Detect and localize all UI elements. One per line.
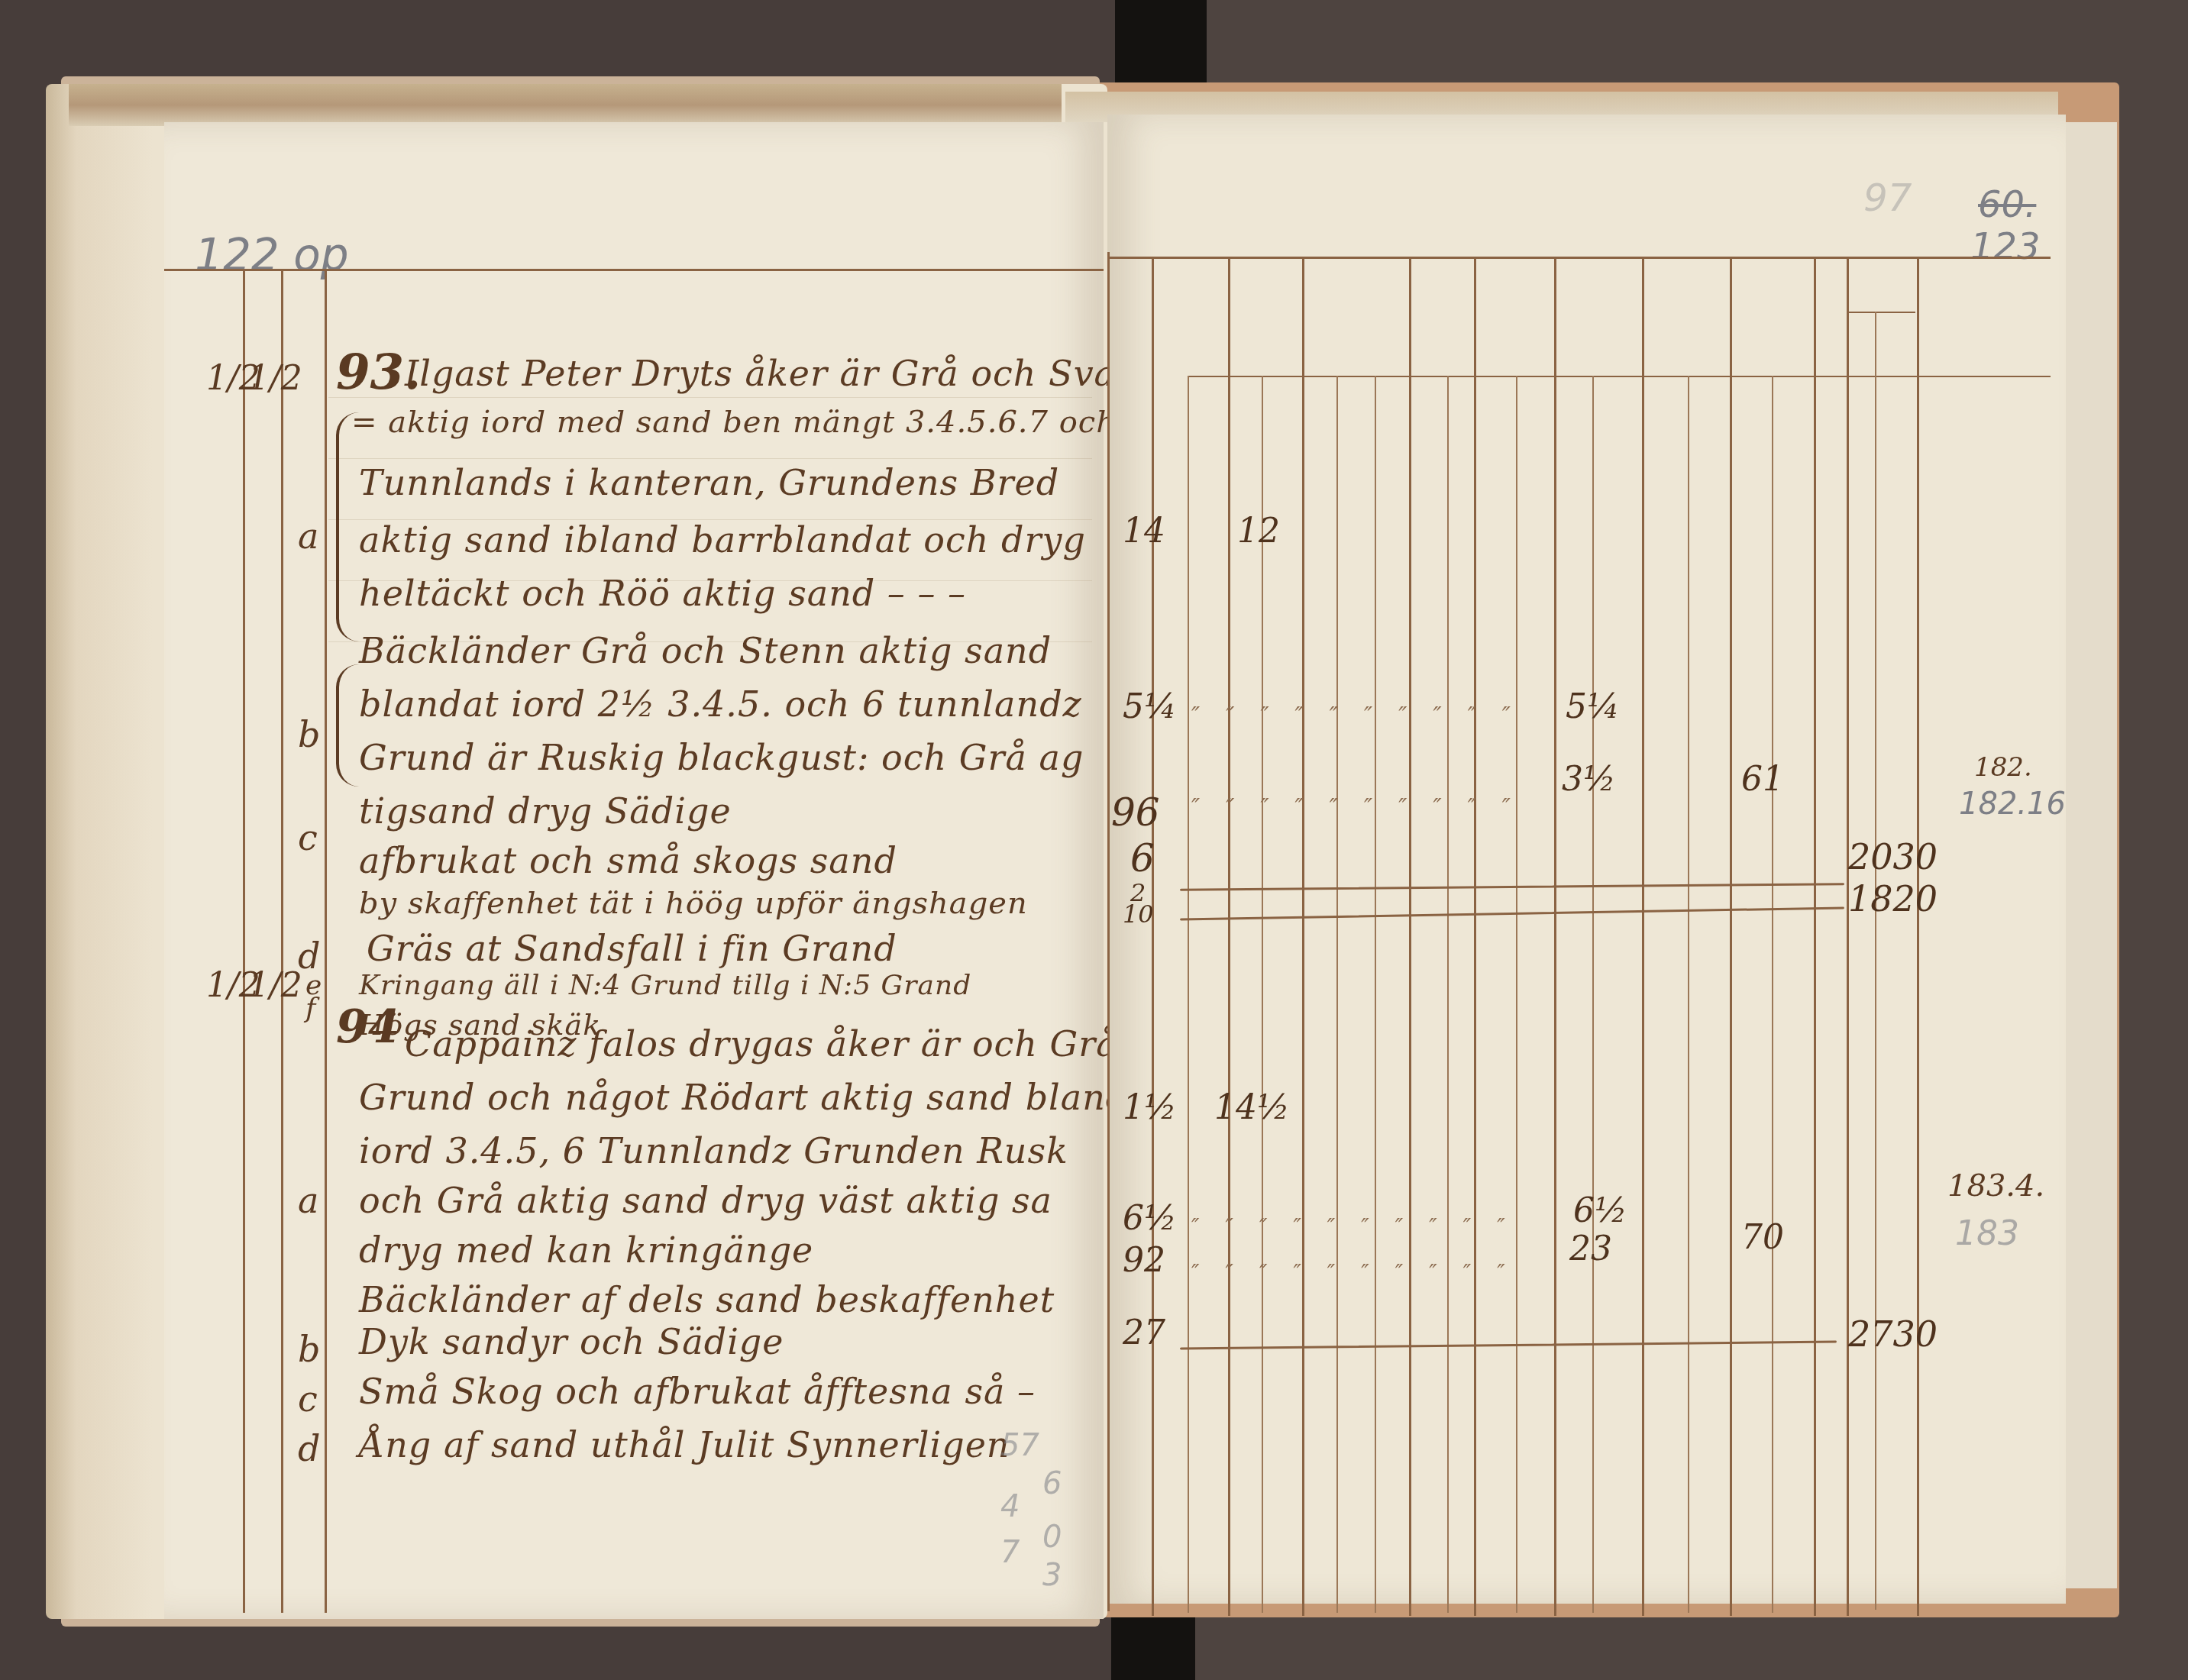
- entry-93-line: by skaffenhet tät i höög upför ängshagen: [359, 886, 1028, 921]
- column-rule: [1409, 257, 1411, 1616]
- sub-label-b: b: [298, 714, 320, 755]
- sub-label-b: b: [298, 1329, 320, 1370]
- ditto-marks: ″″″″″″″″″″: [1191, 1214, 1531, 1239]
- ditto-marks: ″″″″″″″″″″: [1191, 1260, 1531, 1285]
- column-rule: [1516, 376, 1517, 1613]
- entry-94-line: Bäckländer af dels sand beskaffenhet: [359, 1279, 1055, 1320]
- column-rule: [1772, 376, 1773, 1613]
- column-rule: [1152, 257, 1154, 1616]
- entry-93-line: tigsand dryg Sädige: [359, 790, 732, 832]
- entry-93-line: blandat iord 2½ 3.4.5. och 6 tunnlandz: [359, 683, 1082, 725]
- right-total-header-rule: [1847, 312, 1915, 313]
- cell-value: 5¼: [1566, 687, 1620, 726]
- column-rule: [1188, 376, 1189, 1613]
- column-rule: [1375, 376, 1376, 1613]
- left-margin-rule-1: [243, 269, 245, 1613]
- cell-value: 70: [1741, 1218, 1784, 1257]
- cell-value: 6: [1130, 836, 1155, 880]
- right-folio-number: 123: [1970, 225, 2041, 268]
- cell-value: 6½: [1573, 1191, 1627, 1230]
- margin-note-pencil: 182.16: [1959, 787, 2066, 822]
- entry-93-a-bracket: [336, 412, 362, 641]
- row-total: 2030: [1848, 836, 1938, 877]
- entry-94-line: Grund och något Rödart aktig sand blanda…: [359, 1077, 1165, 1118]
- page-stack-right-edge: [2062, 122, 2117, 1588]
- entry-93-line: aktig sand ibland barrblandat och dryg: [359, 519, 1086, 561]
- cell-value: 23: [1569, 1229, 1612, 1268]
- entry-94-line: iord 3.4.5, 6 Tunnlandz Grunden Rusk: [359, 1130, 1068, 1171]
- entry-93-line: Tunnlands i kanteran, Grundens Bred: [359, 462, 1059, 503]
- sub-label-a: a: [298, 1180, 318, 1221]
- entry-number-94: 94: [336, 1000, 400, 1054]
- left-header-rule: [164, 269, 1104, 271]
- column-rule: [1447, 376, 1449, 1613]
- entry-93-line: Gräs at Sandsfall i fin Grand: [367, 928, 897, 969]
- book-spine-bottom: [1111, 1611, 1195, 1680]
- margin-fraction-93-col2: 1/2: [248, 359, 302, 398]
- column-rule: [1474, 257, 1476, 1616]
- right-subheader-rule: [1188, 376, 2051, 377]
- pencil-bottom-number: 0: [1042, 1520, 1062, 1555]
- entry-93-line: Ilgast Peter Dryts åker är Grå och Svart: [405, 353, 1149, 394]
- entry-93-line: Grund är Ruskig blackgust: och Grå ag: [359, 737, 1084, 778]
- margin-note-ink: 182.: [1974, 752, 2032, 783]
- row-total: 2730: [1848, 1313, 1938, 1355]
- entry-93-line: heltäckt och Röö aktig sand – – –: [359, 573, 966, 614]
- entry-94-line: dryg med kan kringänge: [359, 1229, 813, 1271]
- cell-value: 14½: [1214, 1088, 1290, 1127]
- column-rule: [1730, 257, 1732, 1616]
- column-rule: [1875, 312, 1876, 1610]
- sub-label-c: c: [298, 1378, 318, 1420]
- entry-94-line: Små Skog och afbrukat åfftesna så –: [359, 1371, 1036, 1412]
- cell-value: 61: [1741, 760, 1784, 799]
- column-rule: [1302, 257, 1304, 1616]
- entry-94-line: Ång af sand uthål Julit Synnerligen: [359, 1424, 1010, 1465]
- column-rule: [1814, 257, 1816, 1616]
- column-rule: [1554, 257, 1556, 1616]
- cell-value: 96: [1111, 790, 1160, 835]
- column-rule: [1642, 257, 1644, 1616]
- sub-label-c: c: [298, 817, 318, 858]
- pencil-bottom-number: 3: [1042, 1558, 1062, 1593]
- sub-label-d: d: [298, 1428, 320, 1469]
- left-margin-rule-3: [325, 269, 327, 1613]
- margin-note-ink: 183.4.: [1947, 1168, 2044, 1203]
- cell-value: 12: [1237, 512, 1280, 551]
- entry-93-b-bracket: [336, 664, 362, 787]
- cell-value: 27: [1123, 1313, 1165, 1352]
- cell-value: 5¼: [1123, 687, 1177, 726]
- sub-label-f: f: [305, 993, 315, 1024]
- cell-value: 10: [1123, 900, 1154, 929]
- pencil-bottom-number: 57: [1000, 1428, 1039, 1463]
- column-rule: [1336, 376, 1338, 1613]
- right-folio-crossed: 60.: [1978, 183, 2036, 226]
- ditto-marks: ″″″″″″″″″″: [1191, 794, 1537, 821]
- column-rule: [1917, 257, 1919, 1616]
- cell-value: 92: [1123, 1241, 1165, 1280]
- column-rule: [1688, 376, 1689, 1613]
- column-rule: [1228, 257, 1230, 1616]
- cell-value: 1½: [1123, 1088, 1177, 1127]
- column-rule: [1847, 257, 1849, 1616]
- entry-93-line: Bäckländer Grå och Stenn aktig sand: [359, 630, 1052, 671]
- margin-note-pencil: 183: [1955, 1214, 2019, 1253]
- cell-value: 6½: [1123, 1199, 1177, 1238]
- cell-value: 14: [1123, 512, 1165, 551]
- entry-93-line: afbrukat och små skogs sand: [359, 840, 897, 881]
- pencil-bottom-number: 7: [1000, 1535, 1020, 1570]
- pencil-bottom-number: 4: [1000, 1489, 1020, 1524]
- entry-94-line: Dyk sandyr och Sädige: [359, 1321, 784, 1362]
- row-total: 1820: [1848, 878, 1938, 919]
- column-rule: [1262, 376, 1263, 1613]
- margin-fraction-94-col2: 1/2: [248, 966, 302, 1005]
- frayed-top-edge-left: [69, 84, 1062, 126]
- entry-94-line: och Grå aktig sand dryg väst aktig sa: [359, 1180, 1052, 1221]
- right-header-rule: [1107, 257, 2051, 259]
- column-rule: [1107, 252, 1110, 1611]
- cell-value: 3½: [1562, 760, 1616, 799]
- faded-pencil-note: 97: [1863, 176, 1912, 220]
- sub-label-a: a: [298, 515, 318, 557]
- left-margin-rule-2: [281, 269, 283, 1613]
- pencil-bottom-number: 6: [1042, 1466, 1062, 1501]
- entry-93-line: Kringang äll i N:4 Grund tillg i N:5 Gra…: [359, 970, 971, 1001]
- entry-94-line: Cappainz falos drygas åker är och Grå: [405, 1023, 1118, 1065]
- ditto-marks: ″″″″″″″″″″: [1191, 703, 1537, 729]
- column-rule: [1592, 376, 1594, 1613]
